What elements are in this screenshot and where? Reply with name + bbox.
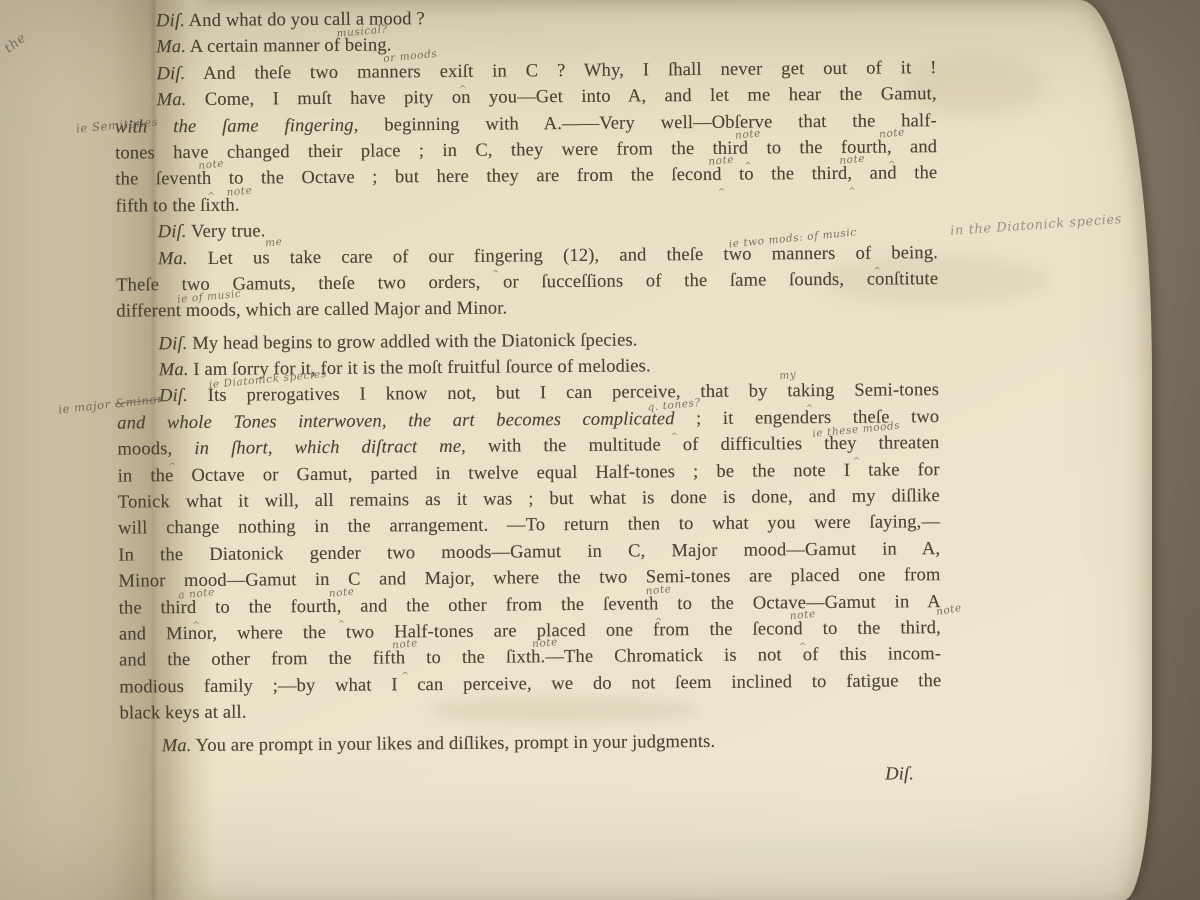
printed-segment: Ma. — [156, 37, 186, 57]
printed-segment: to the fourth, — [748, 137, 892, 158]
printed-segment: ners — [389, 62, 421, 82]
book-photograph: Diſ. And what do you call a mood ?Ma. A … — [0, 0, 1200, 900]
printed-segment: Diſ. — [156, 11, 185, 31]
printed-segment: in the Octave or Gamut, parted in twelve… — [118, 460, 940, 486]
handwritten-annotation-text: note — [878, 126, 905, 140]
printed-segment — [172, 439, 194, 459]
printed-segment: and — [892, 137, 938, 157]
handwritten-annotation-text: note — [226, 184, 253, 198]
printed-segment: moods, — [117, 439, 172, 459]
printed-segment: manners — [772, 243, 836, 263]
printed-segment: to the third, — [722, 164, 853, 185]
handwritten-annotation-text: note — [328, 585, 355, 599]
printed-segment: to the third, — [803, 618, 941, 639]
printed-segment: Ma. — [157, 90, 187, 110]
printed-segment: In the Diatonick gender two moods—Gamut … — [118, 539, 940, 565]
printed-segment: in ſhort, which diſtract me, — [194, 437, 466, 459]
printed-segment: with the multitude of difficulties they — [466, 434, 857, 457]
printed-segment: and the — [852, 163, 937, 184]
handwritten-annotation-text: note — [735, 127, 762, 141]
printed-segment: Ma. — [158, 249, 188, 269]
printed-segment: beginning with A.——Very well—Obſerve tha… — [358, 111, 937, 136]
printed-segment: to the Octave ; but here they are from t… — [211, 165, 721, 189]
printed-segment: You are prompt in your likes and diſlike… — [191, 731, 715, 755]
printed-segment: and Minor, where the two Half-tones are … — [119, 619, 803, 644]
printed-segment: fifth to the ſixth. — [115, 195, 239, 216]
printed-segment: to the fourth, — [196, 596, 341, 617]
printed-segment: Diſ. — [158, 222, 187, 242]
text-line: Ma. You are prompt in your likes and diſ… — [120, 727, 942, 760]
printed-segment: will change nothing in the arrangement. … — [118, 513, 940, 539]
printed-segment: Ma. — [159, 360, 189, 380]
printed-segment: and the other from the fifth — [119, 649, 405, 671]
printed-segment: black keys at all. — [119, 703, 246, 724]
printed-segment: the ſeventh — [115, 169, 211, 190]
handwritten-annotation-text: note — [789, 608, 816, 622]
printed-segment: My head begins to grow addled with the D… — [187, 330, 637, 354]
printed-segment: Diſ. — [156, 64, 185, 84]
printed-segment: Diſ. — [159, 334, 188, 354]
handwritten-annotation-text: note — [645, 583, 672, 597]
printed-segment: Ma. — [162, 736, 192, 756]
printed-segment: and the other from the ſeventh — [341, 594, 658, 616]
printed-segment: Tonick what it will, all remains as it w… — [118, 486, 940, 512]
text-column: Diſ. And what do you call a mood ?Ma. A … — [114, 2, 942, 794]
catchword: Diſ. — [885, 764, 914, 784]
printed-segment: —The Chromatick is not of this incom- — [545, 644, 941, 667]
printed-segment: different mo — [116, 301, 210, 322]
printed-segment: taking Semi-tones — [767, 381, 939, 402]
printed-segment: modious family ;—by what I can perceive,… — [119, 671, 941, 697]
text-line: different moie of musicods, which are ca… — [116, 292, 938, 325]
text-line: black keys at all. — [119, 694, 941, 727]
printed-segment: And what do you call a mood ? — [185, 9, 425, 31]
printed-segment: exiſt in C ? Why, I ſhall never get out … — [421, 58, 937, 82]
printed-segment: threaten — [857, 433, 940, 454]
printed-segment: of being. — [835, 243, 938, 264]
printed-segment: us take care of our — [253, 246, 454, 268]
printed-segment: Minor mood—Gamut in C and Major, where t… — [118, 565, 940, 591]
printed-segment: to the ſixth. — [405, 648, 545, 669]
printed-segment: Come, I muſt have pity on you—Get into A… — [186, 84, 936, 110]
printed-segment: and whole Tones interwoven, the art beco… — [117, 409, 674, 433]
printed-segment: ods, which are called Major and Minor. — [210, 299, 508, 321]
